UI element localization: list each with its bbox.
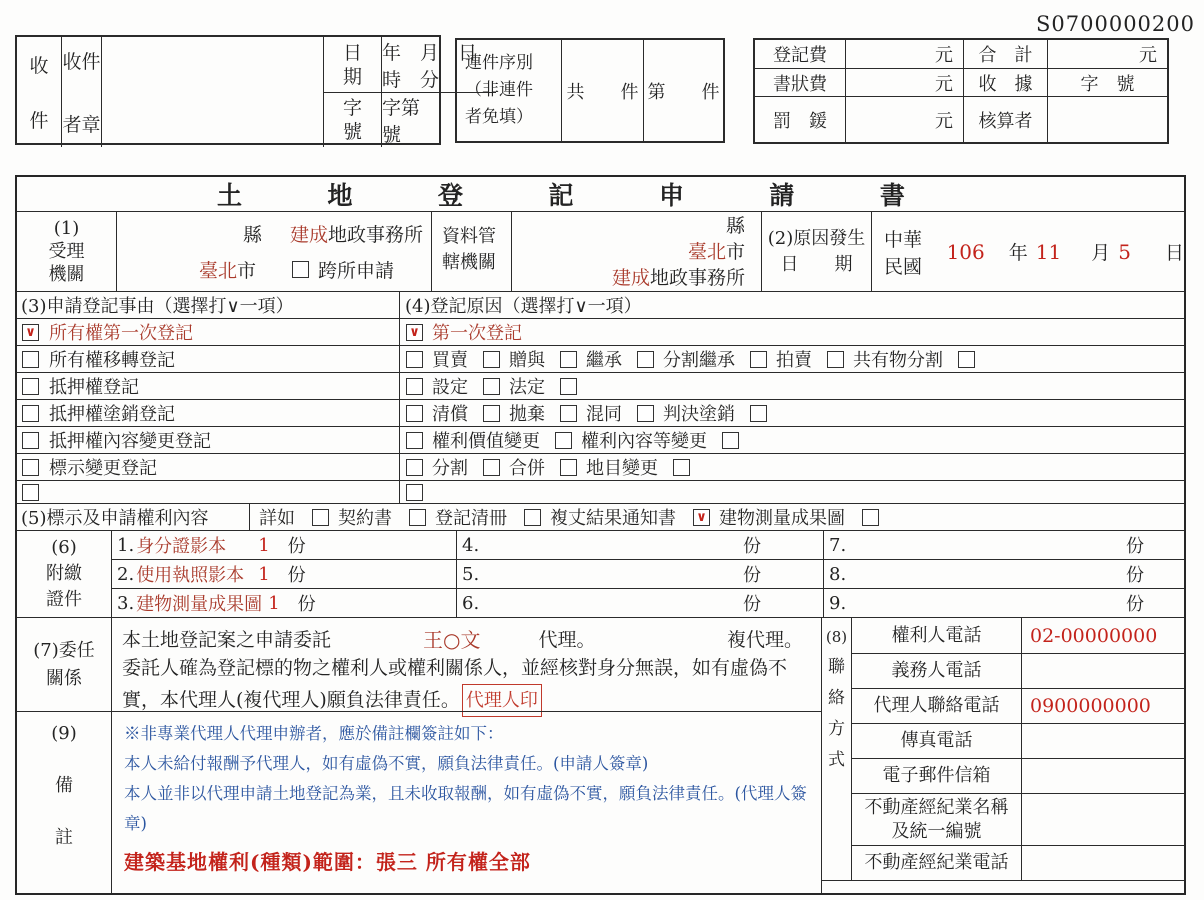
contact-row-rightholder-phone: 權利人電話 02-00000000 bbox=[852, 618, 1184, 653]
fine-label: 罰 鍰 bbox=[755, 96, 845, 142]
fee-row1-label: 登記費 bbox=[755, 40, 845, 68]
fee-row2-label: 書狀費 bbox=[755, 68, 845, 96]
attachments-label: (6) 附繳 證件 bbox=[17, 531, 112, 617]
contact-row-brokerage-phone: 不動產經紀業電話 bbox=[852, 845, 1184, 880]
checkbox-contract[interactable] bbox=[312, 509, 329, 526]
registration-options: ∨ 所有權第一次登記 ∨第一次登記 所有權移轉登記 買賣 贈與 繼承 分割繼承 bbox=[17, 318, 1184, 503]
checkbox-land-category-change[interactable] bbox=[560, 459, 577, 476]
county-label: 縣 bbox=[243, 220, 262, 247]
receipt-date-label: 日期 bbox=[323, 37, 381, 92]
batch-shared-count-cell[interactable]: 共 件 bbox=[561, 40, 643, 141]
checkbox-registration-list[interactable] bbox=[409, 509, 426, 526]
receipt-box: 收 件 日期 年 月 日 時 分 字號 字第 號 收件 者章 bbox=[15, 35, 441, 145]
total-label: 合 計 bbox=[963, 40, 1047, 68]
option-row-6: 標示變更登記 分割 合併 地目變更 bbox=[17, 453, 1184, 480]
option-row-7 bbox=[17, 480, 1184, 503]
checkbox-gift[interactable] bbox=[483, 351, 500, 368]
fee-row2-amount[interactable]: 元 bbox=[845, 68, 963, 96]
remarks-red-note: 建築基地權利(種類)範圍：張三 所有權全部 bbox=[124, 846, 815, 875]
contact-blank-area bbox=[822, 880, 1184, 893]
data-jurisdiction-label: 資料管轄機關 bbox=[432, 212, 512, 291]
attachment-6[interactable]: 6.份 bbox=[457, 588, 823, 617]
checkbox-other-cause-row7[interactable] bbox=[406, 484, 423, 501]
cross-office-label: 跨所申請 bbox=[318, 256, 394, 283]
section3-header: (3)申請登記事由（選擇打∨一項） bbox=[17, 292, 400, 318]
fee-box: 登記費 元 合 計 元 書狀費 元 收 據 字 號 罰 鍰 元 核算者 bbox=[753, 38, 1169, 144]
brokerage-phone-value[interactable] bbox=[1022, 846, 1184, 880]
option-row-2: 所有權移轉登記 買賣 贈與 繼承 分割繼承 拍賣 共有物分割 bbox=[17, 345, 1184, 372]
option-row-4: 抵押權塗銷登記 清償 拋棄 混同 判決塗銷 bbox=[17, 399, 1184, 426]
row-delegation: (7)委任 關係 本土地登記案之申請委託 王○文 代理。 複代理。 委託人確為登… bbox=[17, 618, 821, 711]
remarks-label: (9) 備 註 bbox=[17, 712, 112, 893]
option-row-5: 抵押權內容變更登記 權利價值變更 權利內容等變更 bbox=[17, 426, 1184, 453]
form-serial-number: S0700000200 bbox=[1036, 12, 1195, 36]
option-row-3: 抵押權登記 設定 法定 bbox=[17, 372, 1184, 399]
checkbox-other-cause-row5[interactable] bbox=[722, 432, 739, 449]
checkbox-repayment[interactable] bbox=[406, 405, 423, 422]
receipt-no-value[interactable]: 字 號 bbox=[1047, 68, 1167, 96]
row-content-reference: (5)標示及申請權利內容 詳如 契約書 登記清冊 複丈結果通知書 ∨建物測量成果… bbox=[17, 503, 1184, 530]
agent-name: 王○文 bbox=[423, 624, 480, 653]
fax-value[interactable] bbox=[1022, 724, 1184, 758]
contact-row-agent-phone: 代理人聯絡電話 0900000000 bbox=[852, 688, 1184, 723]
delegation-text: 本土地登記案之申請委託 王○文 代理。 複代理。 委託人確為登記標的物之權利人或… bbox=[112, 618, 821, 711]
delegation-label: (7)委任 關係 bbox=[17, 618, 112, 711]
checkbox-mortgage-content-change[interactable] bbox=[22, 432, 39, 449]
checkbox-judgment-cancellation[interactable] bbox=[637, 405, 654, 422]
occurrence-date-label: (2)原因發生 日 期 bbox=[762, 212, 872, 291]
contact-label: (8) 聯絡方式 bbox=[822, 618, 852, 880]
checkbox-statutory[interactable] bbox=[483, 378, 500, 395]
checkbox-ownership-first-registration[interactable]: ∨ bbox=[22, 324, 39, 341]
checkbox-other-reason[interactable] bbox=[22, 484, 39, 501]
option-row-1: ∨ 所有權第一次登記 ∨第一次登記 bbox=[17, 318, 1184, 345]
receiver-seal-label: 收件 者章 bbox=[61, 37, 101, 147]
checkbox-content-other[interactable] bbox=[862, 509, 879, 526]
agent-phone-value[interactable]: 0900000000 bbox=[1022, 689, 1184, 723]
checkbox-other-cause-row6[interactable] bbox=[673, 459, 690, 476]
receipt-number-label: 字號 bbox=[323, 92, 381, 147]
batch-seq-number-cell[interactable]: 第 件 bbox=[643, 40, 723, 141]
contact-row-obligor-phone: 義務人電話 bbox=[852, 653, 1184, 688]
occurrence-date-value[interactable]: 中華民國 106 年 11 月 5 日 bbox=[872, 212, 1184, 291]
checkbox-right-value-change[interactable] bbox=[406, 432, 423, 449]
checkbox-first-registration[interactable]: ∨ bbox=[406, 324, 423, 341]
section5-label: (5)標示及申請權利內容 bbox=[17, 504, 250, 530]
row-attachments: (6) 附繳 證件 1.身分證影本1份 2.使用執照影本1份 3.建物測量成果圖… bbox=[17, 530, 1184, 617]
fine-amount[interactable]: 元 bbox=[845, 96, 963, 142]
checkbox-description-change[interactable] bbox=[22, 459, 39, 476]
row-accepting-agency: (1) 受理 機關 縣 建成地政事務所 臺北市 跨所申請 資料管轄機關 縣 臺北… bbox=[17, 211, 1184, 291]
row-remarks: (9) 備 註 ※非專業代理人代理申辦者，應於備註欄簽註如下： 本人未給付報酬予… bbox=[17, 711, 821, 893]
data-jurisdiction-cell: 縣 臺北市 建成地政事務所 bbox=[512, 212, 762, 291]
email-value[interactable] bbox=[1022, 759, 1184, 793]
fee-row1-amount[interactable]: 元 bbox=[845, 40, 963, 68]
checkbox-sale[interactable] bbox=[406, 351, 423, 368]
contact-section: (8) 聯絡方式 權利人電話 02-00000000 義務人電話 bbox=[822, 618, 1184, 893]
checkbox-merger-of-rights[interactable] bbox=[560, 405, 577, 422]
attachment-4[interactable]: 4.份 bbox=[457, 531, 823, 559]
attachment-7[interactable]: 7.份 bbox=[824, 531, 1184, 559]
accepting-agency-label: (1) 受理 機關 bbox=[17, 212, 117, 291]
cross-office-checkbox[interactable] bbox=[292, 261, 309, 278]
main-form-table: 土 地 登 記 申 請 書 (1) 受理 機關 縣 建成地政事務所 臺北市 bbox=[15, 175, 1186, 895]
checkbox-other-cause-row3[interactable] bbox=[560, 378, 577, 395]
rightholder-phone-value[interactable]: 02-00000000 bbox=[1022, 618, 1184, 653]
checkbox-resurvey-notice[interactable] bbox=[524, 509, 541, 526]
detail-as-label: 詳如 bbox=[259, 504, 295, 530]
attachment-1[interactable]: 1.身分證影本1份 bbox=[112, 531, 456, 559]
office-name: 建成地政事務所 bbox=[290, 220, 423, 247]
receiver-seal-area[interactable] bbox=[101, 37, 323, 147]
land-registration-form: S0700000200 收 件 日期 年 月 日 時 分 字號 字第 號 收件 … bbox=[0, 0, 1204, 900]
contact-row-email: 電子郵件信箱 bbox=[852, 758, 1184, 793]
checkbox-right-content-change[interactable] bbox=[555, 432, 572, 449]
checkbox-building-survey-plan[interactable]: ∨ bbox=[693, 509, 710, 526]
checkbox-creation[interactable] bbox=[406, 378, 423, 395]
checkbox-ownership-transfer[interactable] bbox=[22, 351, 39, 368]
calculator-label: 核算者 bbox=[963, 96, 1047, 142]
attachment-2[interactable]: 2.使用執照影本1份 bbox=[112, 559, 456, 588]
form-title: 土 地 登 記 申 請 書 bbox=[17, 177, 1184, 211]
row-section34-headers: (3)申請登記事由（選擇打∨一項） (4)登記原因（選擇打∨一項） bbox=[17, 291, 1184, 318]
checkbox-mortgage-registration[interactable] bbox=[22, 378, 39, 395]
checkbox-co-owned-partition[interactable] bbox=[827, 351, 844, 368]
attachment-8[interactable]: 8.份 bbox=[824, 559, 1184, 588]
bottom-region: (7)委任 關係 本土地登記案之申請委託 王○文 代理。 複代理。 委託人確為登… bbox=[17, 617, 1184, 893]
checkbox-other-cause-row2[interactable] bbox=[958, 351, 975, 368]
obligor-phone-value[interactable] bbox=[1022, 654, 1184, 688]
checkbox-partition-inheritance[interactable] bbox=[637, 351, 654, 368]
checkbox-other-cause-row4[interactable] bbox=[750, 405, 767, 422]
checkbox-subdivision[interactable] bbox=[406, 459, 423, 476]
brokerage-name-value[interactable] bbox=[1022, 794, 1184, 845]
remarks-text[interactable]: ※非專業代理人代理申辦者，應於備註欄簽註如下： 本人未給付報酬予代理人，如有虛偽… bbox=[112, 712, 821, 893]
checkbox-mortgage-cancellation[interactable] bbox=[22, 405, 39, 422]
receipt-side-label: 收 件 bbox=[17, 37, 61, 147]
checkbox-consolidation[interactable] bbox=[483, 459, 500, 476]
contact-row-fax: 傳真電話 bbox=[852, 723, 1184, 758]
checkbox-abandonment[interactable] bbox=[483, 405, 500, 422]
receipt-no-label: 收 據 bbox=[963, 68, 1047, 96]
batch-sequence-box: 連件序別 （非連件 者免填） 共 件 第 件 bbox=[455, 38, 725, 143]
attachment-9[interactable]: 9.份 bbox=[824, 588, 1184, 617]
batch-label: 連件序別 （非連件 者免填） bbox=[457, 40, 561, 141]
section4-header: (4)登記原因（選擇打∨一項） bbox=[400, 292, 1184, 318]
calculator-cell[interactable] bbox=[1047, 96, 1167, 142]
attachment-3[interactable]: 3.建物測量成果圖1份 bbox=[112, 588, 456, 617]
accepting-agency-cell: 縣 建成地政事務所 臺北市 跨所申請 bbox=[117, 212, 432, 291]
label-ownership-first-registration: 所有權第一次登記 bbox=[49, 319, 193, 345]
total-amount[interactable]: 元 bbox=[1047, 40, 1167, 68]
city-name: 臺北市 bbox=[199, 256, 256, 283]
contact-row-brokerage-name: 不動產經紀業名稱 及統一編號 bbox=[852, 793, 1184, 845]
checkbox-auction[interactable] bbox=[750, 351, 767, 368]
attachment-5[interactable]: 5.份 bbox=[457, 559, 823, 588]
checkbox-inheritance[interactable] bbox=[560, 351, 577, 368]
